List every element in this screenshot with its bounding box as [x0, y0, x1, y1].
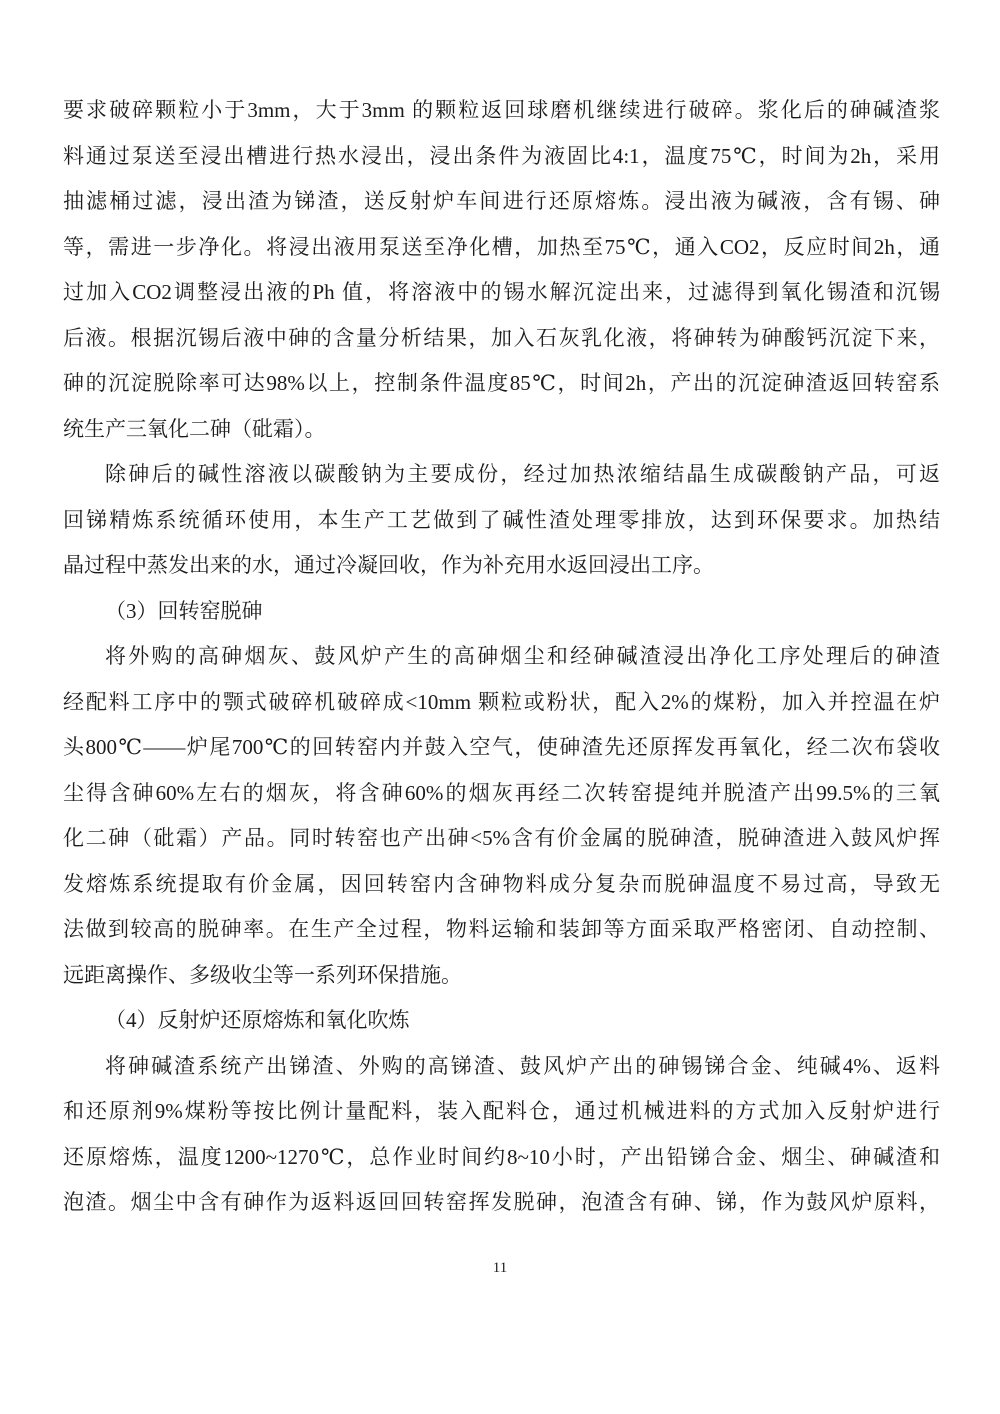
paragraph-line: 头800℃——炉尾700℃的回转窑内并鼓入空气，使砷渣先还原挥发再氧化，经二次布… [63, 725, 940, 771]
paragraph-line: 远距离操作、多级收尘等一系列环保措施。 [63, 953, 940, 999]
heading-line: （3）回转窑脱砷 [63, 589, 940, 635]
paragraph-line: 经配料工序中的颚式破碎机破碎成<10mm 颗粒或粉状，配入2%的煤粉，加入并控温… [63, 680, 940, 726]
page-body: 要求破碎颗粒小于3mm，大于3mm 的颗粒返回球磨机继续进行破碎。浆化后的砷碱渣… [63, 88, 940, 1226]
paragraph-line: 抽滤桶过滤，浸出渣为锑渣，送反射炉车间进行还原熔炼。浸出液为碱液，含有锡、砷 [63, 179, 940, 225]
paragraph-line: 将外购的高砷烟灰、鼓风炉产生的高砷烟尘和经砷碱渣浸出净化工序处理后的砷渣 [63, 634, 940, 680]
paragraph-line: 晶过程中蒸发出来的水，通过冷凝回收，作为补充用水返回浸出工序。 [63, 543, 940, 589]
document-page: 要求破碎颗粒小于3mm，大于3mm 的颗粒返回球磨机继续进行破碎。浆化后的砷碱渣… [0, 0, 1000, 1414]
paragraph-line: 要求破碎颗粒小于3mm，大于3mm 的颗粒返回球磨机继续进行破碎。浆化后的砷碱渣… [63, 88, 940, 134]
paragraph-line: 砷的沉淀脱除率可达98%以上，控制条件温度85℃，时间2h，产出的沉淀砷渣返回转… [63, 361, 940, 407]
paragraph-line: 后液。根据沉锡后液中砷的含量分析结果，加入石灰乳化液，将砷转为砷酸钙沉淀下来， [63, 316, 940, 362]
paragraph-line: 等，需进一步净化。将浸出液用泵送至净化槽，加热至75℃，通入CO2，反应时间2h… [63, 225, 940, 271]
paragraph-line: 回锑精炼系统循环使用，本生产工艺做到了碱性渣处理零排放，达到环保要求。加热结 [63, 498, 940, 544]
paragraph-line: 将砷碱渣系统产出锑渣、外购的高锑渣、鼓风炉产出的砷锡锑合金、纯碱4%、返料 [63, 1044, 940, 1090]
paragraph-line: 还原熔炼，温度1200~1270℃，总作业时间约8~10小时，产出铅锑合金、烟尘… [63, 1135, 940, 1181]
paragraph-line: 发熔炼系统提取有价金属，因回转窑内含砷物料成分复杂而脱砷温度不易过高，导致无 [63, 862, 940, 908]
paragraph-line: 除砷后的碱性溶液以碳酸钠为主要成份，经过加热浓缩结晶生成碳酸钠产品，可返 [63, 452, 940, 498]
page-number: 11 [0, 1253, 1000, 1283]
paragraph-line: 和还原剂9%煤粉等按比例计量配料，装入配料仓，通过机械进料的方式加入反射炉进行 [63, 1089, 940, 1135]
paragraph-line: 过加入CO2调整浸出液的Ph 值，将溶液中的锡水解沉淀出来，过滤得到氧化锡渣和沉… [63, 270, 940, 316]
paragraph-line: 料通过泵送至浸出槽进行热水浸出，浸出条件为液固比4:1，温度75℃，时间为2h，… [63, 134, 940, 180]
paragraph-line: 统生产三氧化二砷（砒霜）。 [63, 407, 940, 453]
paragraph-line: 化二砷（砒霜）产品。同时转窑也产出砷<5%含有价金属的脱砷渣，脱砷渣进入鼓风炉挥 [63, 816, 940, 862]
paragraph-line: 泡渣。烟尘中含有砷作为返料返回回转窑挥发脱砷，泡渣含有砷、锑，作为鼓风炉原料， [63, 1180, 940, 1226]
heading-line: （4）反射炉还原熔炼和氧化吹炼 [63, 998, 940, 1044]
paragraph-line: 尘得含砷60%左右的烟灰，将含砷60%的烟灰再经二次转窑提纯并脱渣产出99.5%… [63, 771, 940, 817]
paragraph-line: 法做到较高的脱砷率。在生产全过程，物料运输和装卸等方面采取严格密闭、自动控制、 [63, 907, 940, 953]
